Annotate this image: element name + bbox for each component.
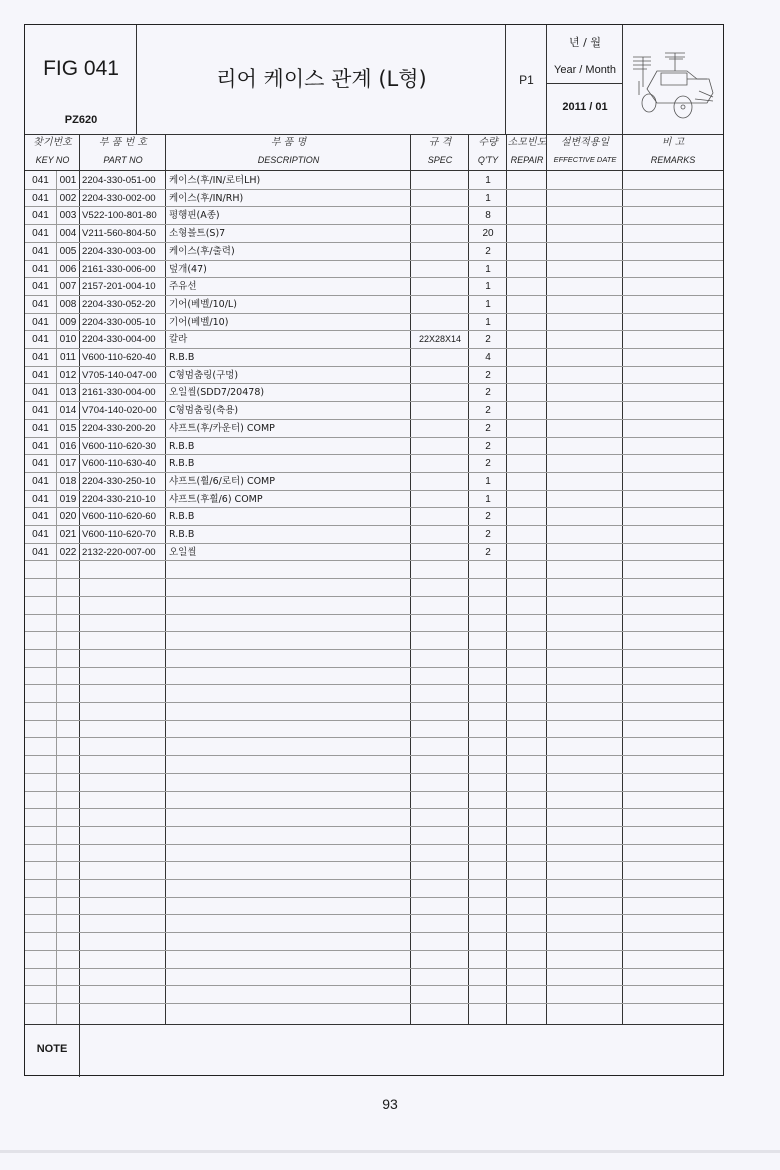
colhead-spec: 규 격SPEC xyxy=(411,135,469,171)
row-rule xyxy=(25,897,723,898)
key-number-cell: 018 xyxy=(56,472,80,490)
row-rule xyxy=(25,737,723,738)
key-number-cell: 009 xyxy=(56,313,80,331)
fig-label: FIG 041 xyxy=(25,57,137,81)
quantity-cell: 2 xyxy=(469,330,507,348)
row-rule xyxy=(25,985,723,986)
row-rule xyxy=(25,773,723,774)
description-cell: 케이스(후/출력) xyxy=(166,242,411,260)
quantity-cell: 2 xyxy=(469,454,507,472)
table-row: 041020V600-110-620-60R.B.B2 xyxy=(25,507,723,525)
spec-cell xyxy=(411,242,469,260)
key-number-cell: 008 xyxy=(56,295,80,313)
spec-cell xyxy=(411,260,469,278)
description-cell: 케이스(후/IN/RH) xyxy=(166,189,411,207)
quantity-cell: 1 xyxy=(469,313,507,331)
spec-cell xyxy=(411,543,469,561)
table-row: 041004V211-560-804-50소형볼트(S)720 xyxy=(25,224,723,242)
fig-number-cell: 041 xyxy=(25,189,56,207)
row-rule xyxy=(25,578,723,579)
quantity-cell: 2 xyxy=(469,383,507,401)
quantity-cell: 1 xyxy=(469,171,507,189)
fig-number-cell: 041 xyxy=(25,171,56,189)
year-month-label-ko: 년 / 월 xyxy=(547,34,623,50)
table-row: 041003V522-100-801-80평행핀(A종)8 xyxy=(25,206,723,224)
key-number-cell: 005 xyxy=(56,242,80,260)
fig-number-cell: 041 xyxy=(25,543,56,561)
table-row: 041021V600-110-620-70R.B.B2 xyxy=(25,525,723,543)
key-number-cell: 015 xyxy=(56,419,80,437)
key-number-cell: 006 xyxy=(56,260,80,278)
spec-cell xyxy=(411,525,469,543)
description-cell: 평행핀(A종) xyxy=(166,206,411,224)
spec-cell xyxy=(411,366,469,384)
part-number-cell: V600-110-630-40 xyxy=(80,454,166,472)
fig-number-cell: 041 xyxy=(25,401,56,419)
quantity-cell: 1 xyxy=(469,189,507,207)
colhead-qty: 수량Q'TY xyxy=(469,135,507,171)
quantity-cell: 1 xyxy=(469,490,507,508)
table-row: 041017V600-110-630-40R.B.B2 xyxy=(25,454,723,472)
spec-cell xyxy=(411,383,469,401)
table-row: 0410222132-220-007-00오일씰2 xyxy=(25,543,723,561)
part-number-cell: 2204-330-002-00 xyxy=(80,189,166,207)
description-cell: 덮개(47) xyxy=(166,260,411,278)
spec-cell xyxy=(411,224,469,242)
key-number-cell: 022 xyxy=(56,543,80,561)
spec-cell xyxy=(411,313,469,331)
description-cell: C형멈춤링(구멍) xyxy=(166,366,411,384)
table-row: 0410102204-330-004-00칼라22X28X142 xyxy=(25,330,723,348)
table-row: 0410072157-201-004-10주유선1 xyxy=(25,277,723,295)
row-rule xyxy=(25,861,723,862)
spec-cell xyxy=(411,454,469,472)
row-rule xyxy=(25,720,723,721)
row-rule xyxy=(25,932,723,933)
quantity-cell: 2 xyxy=(469,543,507,561)
description-cell: R.B.B xyxy=(166,437,411,455)
part-number-cell: 2157-201-004-10 xyxy=(80,277,166,295)
description-cell: 주유선 xyxy=(166,277,411,295)
quantity-cell: 2 xyxy=(469,507,507,525)
spec-cell xyxy=(411,295,469,313)
table-row: 0410022204-330-002-00케이스(후/IN/RH)1 xyxy=(25,189,723,207)
row-rule xyxy=(25,1003,723,1004)
part-number-cell: V600-110-620-70 xyxy=(80,525,166,543)
spec-cell xyxy=(411,419,469,437)
fig-number-cell: 041 xyxy=(25,295,56,313)
spec-cell xyxy=(411,171,469,189)
part-number-cell: 2204-330-051-00 xyxy=(80,171,166,189)
description-cell: 샤프트(휠/6/로터) COMP xyxy=(166,472,411,490)
key-number-cell: 016 xyxy=(56,437,80,455)
divider xyxy=(136,25,137,135)
fig-number-cell: 041 xyxy=(25,277,56,295)
key-number-cell: 017 xyxy=(56,454,80,472)
year-month-value: 2011 / 01 xyxy=(547,101,623,113)
divider xyxy=(505,25,506,135)
row-rule xyxy=(25,968,723,969)
table-row: 0410082204-330-052-20기어(베벨/10/L)1 xyxy=(25,295,723,313)
description-cell: 샤프트(후휠/6) COMP xyxy=(166,490,411,508)
part-number-cell: V211-560-804-50 xyxy=(80,224,166,242)
part-number-cell: 2204-330-052-20 xyxy=(80,295,166,313)
fig-number-cell: 041 xyxy=(25,313,56,331)
description-cell: R.B.B xyxy=(166,348,411,366)
quantity-cell: 2 xyxy=(469,419,507,437)
quantity-cell: 1 xyxy=(469,260,507,278)
fig-number-cell: 041 xyxy=(25,242,56,260)
divider xyxy=(546,25,547,135)
description-cell: 기어(베벨/10/L) xyxy=(166,295,411,313)
key-number-cell: 020 xyxy=(56,507,80,525)
row-rule xyxy=(25,649,723,650)
spec-cell xyxy=(411,507,469,525)
part-number-cell: 2204-330-200-20 xyxy=(80,419,166,437)
page-number: 93 xyxy=(0,1096,780,1112)
fig-number-cell: 041 xyxy=(25,206,56,224)
key-number-cell: 003 xyxy=(56,206,80,224)
model-label: PZ620 xyxy=(25,114,137,126)
colhead-effective-date: 설변적용일EFFECTIVE DATE xyxy=(547,135,623,171)
spec-cell xyxy=(411,206,469,224)
table-row: 041014V704-140-020-00C형멈춤링(축용)2 xyxy=(25,401,723,419)
row-rule xyxy=(25,826,723,827)
key-number-cell: 021 xyxy=(56,525,80,543)
fig-number-cell: 041 xyxy=(25,419,56,437)
row-rule xyxy=(25,684,723,685)
colhead-remarks: 비 고REMARKS xyxy=(623,135,723,171)
table-row: 041012V705-140-047-00C형멈춤링(구멍)2 xyxy=(25,366,723,384)
fig-number-cell: 041 xyxy=(25,224,56,242)
fig-number-cell: 041 xyxy=(25,330,56,348)
description-cell: 오일씰(SDD7/20478) xyxy=(166,383,411,401)
key-number-cell: 010 xyxy=(56,330,80,348)
spec-cell: 22X28X14 xyxy=(411,330,469,348)
table-row: 0410062161-330-006-00덮개(47)1 xyxy=(25,260,723,278)
divider xyxy=(546,83,622,84)
year-month-label-en: Year / Month xyxy=(547,64,623,76)
row-rule xyxy=(25,560,723,561)
divider xyxy=(622,25,623,135)
part-number-cell: 2204-330-003-00 xyxy=(80,242,166,260)
note-label: NOTE xyxy=(25,1025,79,1077)
description-cell: 오일씰 xyxy=(166,543,411,561)
table-row: 0410092204-330-005-10기어(베벨/10)1 xyxy=(25,313,723,331)
description-cell: 케이스(후/IN/로터LH) xyxy=(166,171,411,189)
spec-cell xyxy=(411,490,469,508)
page-title: 리어 케이스 관계 (L형) xyxy=(137,63,506,93)
table-row: 041016V600-110-620-30R.B.B2 xyxy=(25,437,723,455)
key-number-cell: 004 xyxy=(56,224,80,242)
colhead-repair: 소모빈도REPAIR xyxy=(507,135,547,171)
key-number-cell: 019 xyxy=(56,490,80,508)
colhead-key-no: 찾기번호KEY NO xyxy=(25,135,80,171)
fig-number-cell: 041 xyxy=(25,383,56,401)
fig-number-cell: 041 xyxy=(25,472,56,490)
table-row: 0410012204-330-051-00케이스(후/IN/로터LH)1 xyxy=(25,171,723,189)
quantity-cell: 20 xyxy=(469,224,507,242)
machine-illustration-icon xyxy=(625,29,721,129)
quantity-cell: 4 xyxy=(469,348,507,366)
part-number-cell: V600-110-620-60 xyxy=(80,507,166,525)
quantity-cell: 2 xyxy=(469,242,507,260)
scan-edge xyxy=(0,1150,780,1153)
row-rule xyxy=(25,755,723,756)
fig-number-cell: 041 xyxy=(25,366,56,384)
row-rule xyxy=(25,667,723,668)
quantity-cell: 1 xyxy=(469,472,507,490)
part-number-cell: 2204-330-005-10 xyxy=(80,313,166,331)
key-number-cell: 001 xyxy=(56,171,80,189)
row-rule xyxy=(25,844,723,845)
quantity-cell: 2 xyxy=(469,525,507,543)
fig-number-cell: 041 xyxy=(25,490,56,508)
part-number-cell: 2204-330-004-00 xyxy=(80,330,166,348)
part-number-cell: 2132-220-007-00 xyxy=(80,543,166,561)
note-top-rule xyxy=(25,1024,723,1025)
fig-number-cell: 041 xyxy=(25,507,56,525)
key-number-cell: 002 xyxy=(56,189,80,207)
description-cell: R.B.B xyxy=(166,507,411,525)
row-rule xyxy=(25,614,723,615)
key-number-cell: 013 xyxy=(56,383,80,401)
table-row: 0410182204-330-250-10샤프트(휠/6/로터) COMP1 xyxy=(25,472,723,490)
part-number-cell: V600-110-620-30 xyxy=(80,437,166,455)
quantity-cell: 2 xyxy=(469,366,507,384)
table-row: 0410192204-330-210-10샤프트(후휠/6) COMP1 xyxy=(25,490,723,508)
row-rule xyxy=(25,596,723,597)
fig-number-cell: 041 xyxy=(25,260,56,278)
fig-number-cell: 041 xyxy=(25,525,56,543)
quantity-cell: 1 xyxy=(469,295,507,313)
colhead-part-no: 부 품 번 호PART NO xyxy=(80,135,166,171)
fig-number-cell: 041 xyxy=(25,348,56,366)
table-row: 0410052204-330-003-00케이스(후/출력)2 xyxy=(25,242,723,260)
key-number-cell: 011 xyxy=(56,348,80,366)
row-rule xyxy=(25,914,723,915)
description-cell: 샤프트(후/카운터) COMP xyxy=(166,419,411,437)
colhead-description: 부 품 명DESCRIPTION xyxy=(166,135,411,171)
spec-cell xyxy=(411,277,469,295)
key-number-cell: 014 xyxy=(56,401,80,419)
row-rule xyxy=(25,631,723,632)
fig-number-cell: 041 xyxy=(25,454,56,472)
description-cell: 칼라 xyxy=(166,330,411,348)
description-cell: R.B.B xyxy=(166,454,411,472)
spec-cell xyxy=(411,401,469,419)
parts-list-sheet: FIG 041 PZ620 리어 케이스 관계 (L형) P1 년 / 월 Ye… xyxy=(24,24,724,1076)
part-number-cell: 2161-330-006-00 xyxy=(80,260,166,278)
quantity-cell: 2 xyxy=(469,437,507,455)
part-number-cell: 2161-330-004-00 xyxy=(80,383,166,401)
key-number-cell: 012 xyxy=(56,366,80,384)
spec-cell xyxy=(411,348,469,366)
description-cell: R.B.B xyxy=(166,525,411,543)
part-number-cell: V522-100-801-80 xyxy=(80,206,166,224)
description-cell: 기어(베벨/10) xyxy=(166,313,411,331)
table-row: 0410152204-330-200-20샤프트(후/카운터) COMP2 xyxy=(25,419,723,437)
part-number-cell: 2204-330-210-10 xyxy=(80,490,166,508)
row-rule xyxy=(25,702,723,703)
row-rule xyxy=(25,808,723,809)
page-code: P1 xyxy=(506,73,547,87)
row-rule xyxy=(25,950,723,951)
table-row: 041011V600-110-620-40R.B.B4 xyxy=(25,348,723,366)
divider xyxy=(79,1025,80,1077)
row-rule xyxy=(25,791,723,792)
description-cell: 소형볼트(S)7 xyxy=(166,224,411,242)
description-cell: C형멈춤링(축용) xyxy=(166,401,411,419)
part-number-cell: V600-110-620-40 xyxy=(80,348,166,366)
spec-cell xyxy=(411,189,469,207)
quantity-cell: 1 xyxy=(469,277,507,295)
row-rule xyxy=(25,879,723,880)
table-row: 0410132161-330-004-00오일씰(SDD7/20478)2 xyxy=(25,383,723,401)
fig-number-cell: 041 xyxy=(25,437,56,455)
part-number-cell: 2204-330-250-10 xyxy=(80,472,166,490)
spec-cell xyxy=(411,472,469,490)
part-number-cell: V705-140-047-00 xyxy=(80,366,166,384)
quantity-cell: 2 xyxy=(469,401,507,419)
quantity-cell: 8 xyxy=(469,206,507,224)
key-number-cell: 007 xyxy=(56,277,80,295)
part-number-cell: V704-140-020-00 xyxy=(80,401,166,419)
spec-cell xyxy=(411,437,469,455)
